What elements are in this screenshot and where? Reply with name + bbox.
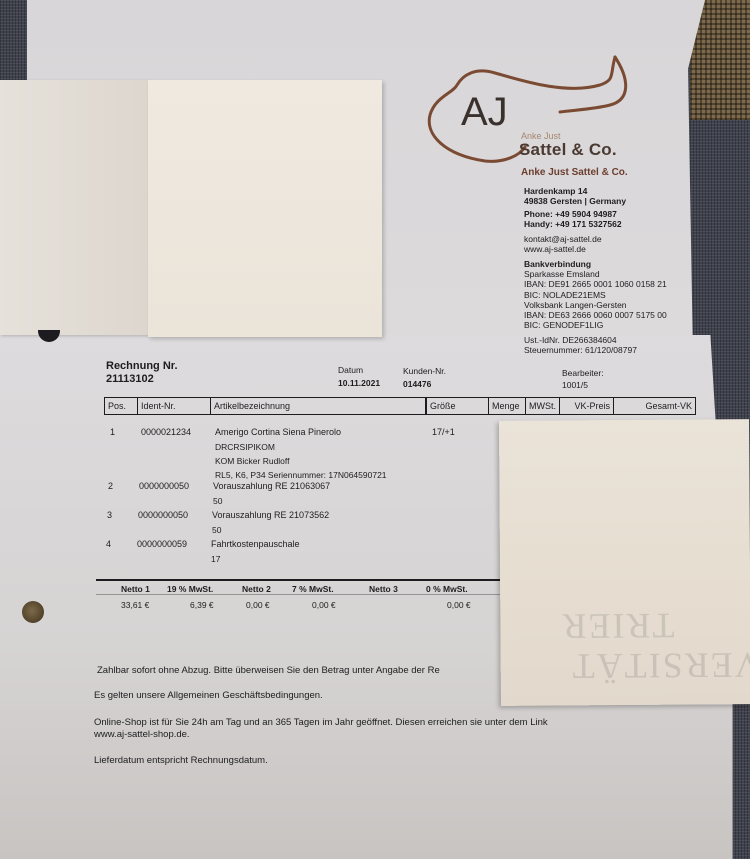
totals-net1: 33,61 €	[121, 600, 149, 610]
totals-header-net2: Netto 2	[242, 584, 271, 594]
bank1-name: Sparkasse Emsland	[524, 269, 667, 279]
col-unit-price: VK-Preis	[560, 398, 614, 414]
date-label: Datum	[338, 365, 363, 375]
totals-header-net3: Netto 3	[369, 584, 398, 594]
totals-header-net1: Netto 1	[121, 584, 150, 594]
totals-header-vat19: 19 % MwSt.	[167, 584, 213, 594]
totals-header-vat7: 7 % MwSt.	[292, 584, 334, 594]
totals-vat19: 6,39 €	[190, 600, 214, 610]
row-ident: 0000000050	[139, 481, 189, 491]
customer-number-label: Kunden-Nr.	[403, 366, 446, 376]
row-ident: 0000000059	[137, 539, 187, 549]
totals-divider	[96, 594, 500, 595]
row-pos: 4	[106, 539, 111, 549]
row-description: Fahrtkostenpauschale	[211, 539, 300, 549]
company-address: Hardenkamp 14 49838 Gersten | Germany	[524, 186, 626, 206]
address-line-1: Hardenkamp 14	[524, 186, 626, 196]
totals-header-vat0: 0 % MwSt.	[426, 584, 468, 594]
company-contact: kontakt@aj-sattel.de www.aj-sattel.de	[524, 234, 602, 254]
company-name: Anke Just Sattel & Co.	[521, 167, 628, 178]
customer-number: 014476	[403, 379, 431, 389]
phone: Phone: +49 5904 94987	[524, 209, 622, 219]
bank1-bic: BIC: NOLADE21EMS	[524, 290, 667, 300]
tax-number: Steuernummer: 61/120/08797	[524, 345, 637, 355]
row-detail: DRCRSIPIKOM	[215, 442, 275, 452]
overlay-paper-left	[0, 80, 150, 335]
bank1-iban: IBAN: DE91 2665 0001 1060 0158 21	[524, 279, 667, 289]
totals-vat0: 0,00 €	[447, 600, 471, 610]
row-description: Vorauszahlung RE 21063067	[213, 481, 330, 491]
col-vat: MWSt.	[526, 398, 560, 414]
items-table-header: Pos. Ident-Nr. Artikelbezeichnung Größe …	[104, 397, 696, 415]
row-detail: 50	[212, 525, 221, 535]
clerk-label: Bearbeiter:	[562, 368, 604, 378]
bleedthrough-text: UNIVERSITÄT	[571, 644, 750, 688]
address-line-2: 49838 Gersten | Germany	[524, 196, 626, 206]
saddle-logo-icon: AJ	[425, 55, 645, 185]
tax-details: Ust.-IdNr. DE266384604 Steuernummer: 61/…	[524, 335, 637, 355]
bank-heading: Bankverbindung	[524, 259, 667, 269]
col-ident: Ident-Nr.	[138, 398, 211, 414]
row-pos: 1	[110, 427, 115, 437]
overlay-paper-center	[148, 80, 382, 337]
email-link[interactable]: kontakt@aj-sattel.de	[524, 234, 602, 244]
row-pos: 3	[107, 510, 112, 520]
clerk: 1001/5	[562, 380, 588, 390]
invoice-number: 21113102	[106, 373, 154, 385]
row-detail: 50	[213, 496, 222, 506]
invoice-label: Rechnung Nr.	[106, 360, 178, 372]
punch-hole-icon	[22, 601, 44, 623]
col-size: Größe	[427, 398, 489, 414]
totals-net2: 0,00 €	[246, 600, 270, 610]
bank2-iban: IBAN: DE63 2666 0060 0007 5175 00	[524, 310, 667, 320]
row-detail: RL5, K6, P34 Seriennummer: 17N064590721	[215, 470, 387, 480]
row-pos: 2	[108, 481, 113, 491]
logo-name: Sattel & Co.	[519, 140, 617, 160]
col-quantity: Menge	[489, 398, 526, 414]
website-link[interactable]: www.aj-sattel.de	[524, 244, 602, 254]
shop-link[interactable]: www.aj-sattel-shop.de.	[94, 729, 190, 740]
delivery-notice: Lieferdatum entspricht Rechnungsdatum.	[94, 755, 268, 766]
bank2-bic: BIC: GENODEF1LIG	[524, 320, 667, 330]
bank-details: Bankverbindung Sparkasse Emsland IBAN: D…	[524, 259, 667, 330]
col-description: Artikelbezeichnung	[211, 398, 426, 414]
totals-vat7: 0,00 €	[312, 600, 336, 610]
row-ident: 0000021234	[141, 427, 191, 437]
row-description: Amerigo Cortina Siena Pinerolo	[215, 427, 341, 437]
row-detail: 17	[211, 554, 220, 564]
shop-notice: Online-Shop ist für Sie 24h am Tag und a…	[94, 717, 548, 728]
payment-terms: Zahlbar sofort ohne Abzug. Bitte überwei…	[97, 665, 440, 676]
row-description: Vorauszahlung RE 21073562	[212, 510, 329, 520]
bleedthrough-text: TRIER	[560, 605, 674, 648]
col-total: Gesamt-VK	[614, 398, 695, 414]
bank2-name: Volksbank Langen-Gersten	[524, 300, 667, 310]
invoice-date: 10.11.2021	[338, 378, 380, 388]
mobile-phone: Handy: +49 171 5327562	[524, 219, 622, 229]
row-detail: KOM Bicker Rudloff	[215, 456, 289, 466]
row-size: 17/+1	[432, 427, 455, 437]
col-pos: Pos.	[105, 398, 138, 414]
terms-notice: Es gelten unsere Allgemeinen Geschäftsbe…	[94, 690, 323, 701]
vat-id: Ust.-IdNr. DE266384604	[524, 335, 637, 345]
row-ident: 0000000050	[138, 510, 188, 520]
overlay-paper-right: TRIER UNIVERSITÄT	[499, 419, 750, 706]
totals-divider	[96, 579, 500, 581]
company-phones: Phone: +49 5904 94987 Handy: +49 171 532…	[524, 209, 622, 229]
logo-monogram: AJ	[461, 90, 508, 134]
